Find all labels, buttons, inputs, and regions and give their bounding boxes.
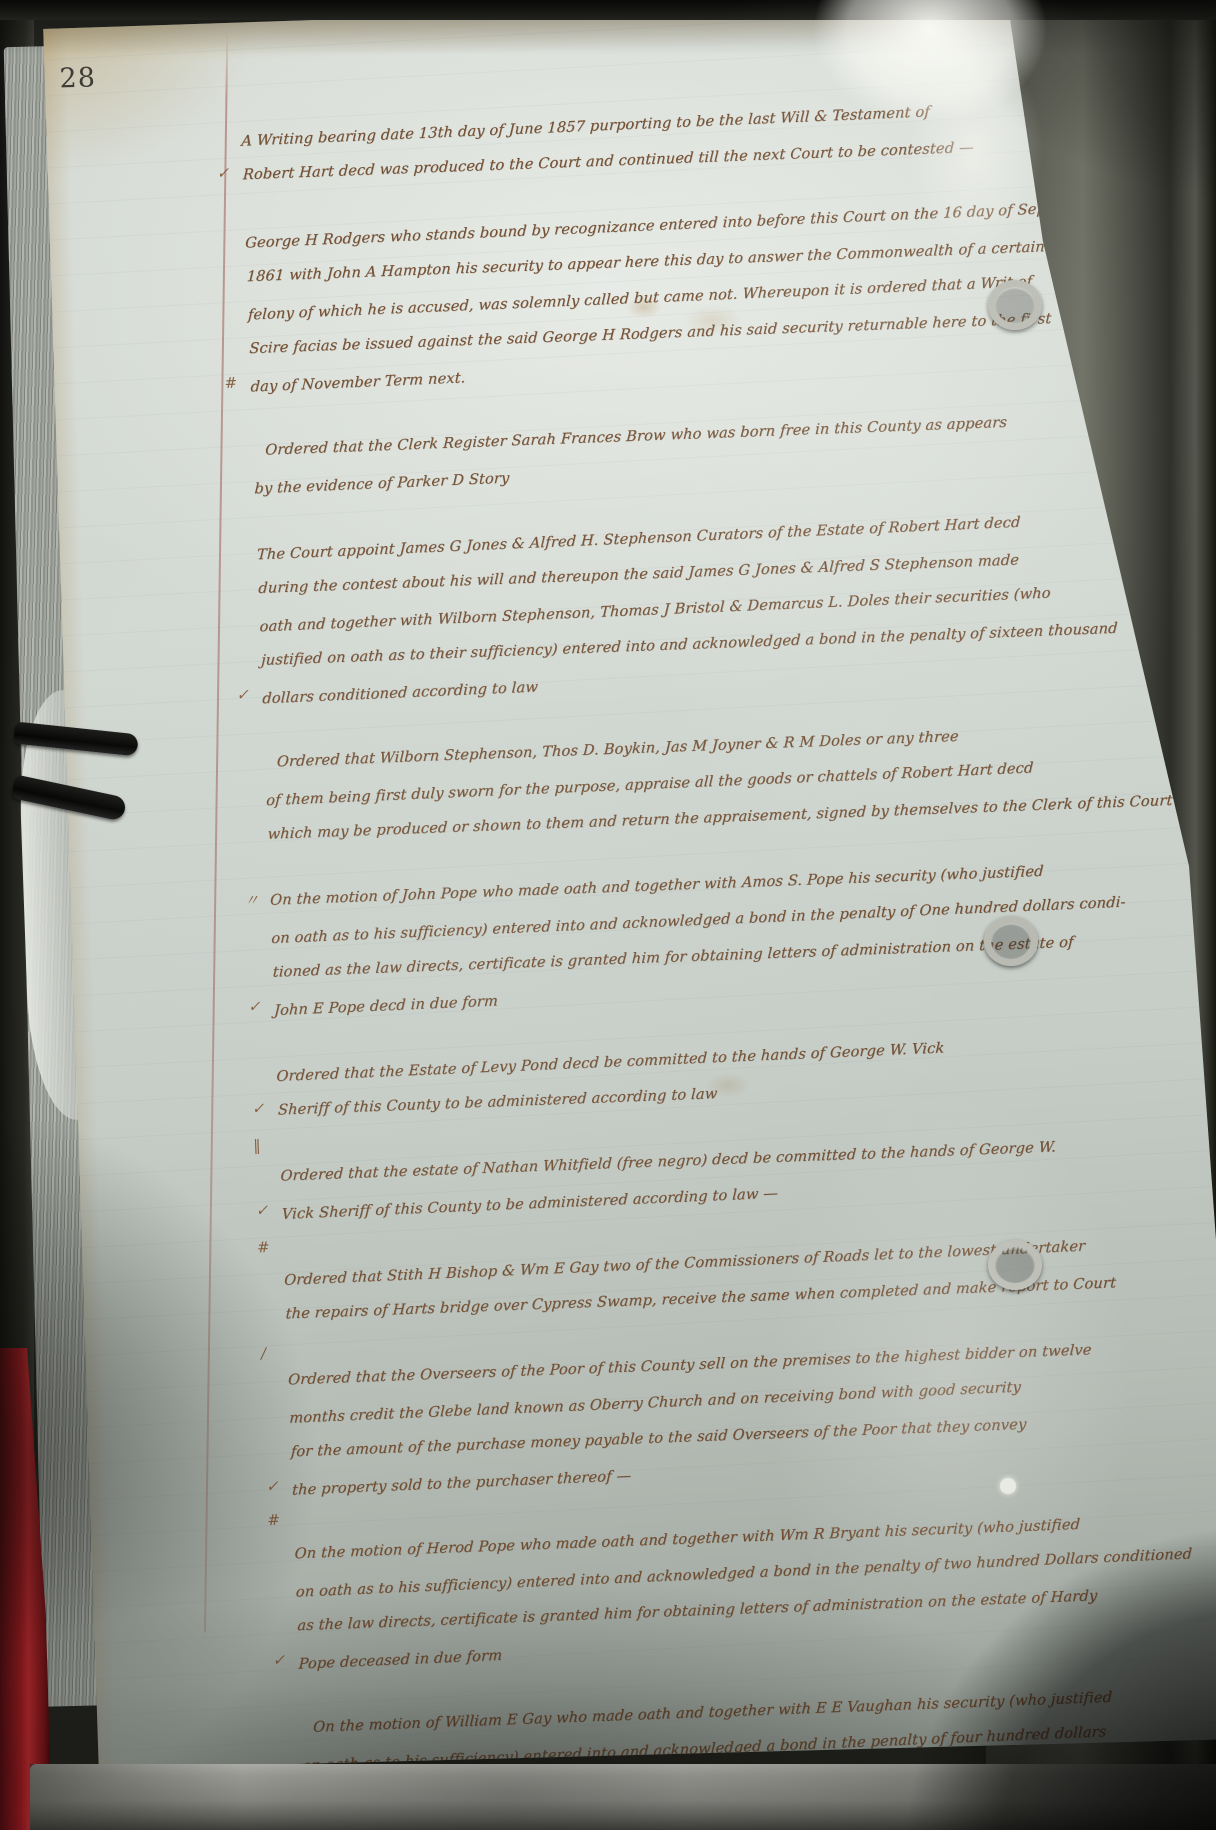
court-order-entry: #Ordered that Stith H Bishop & Wm E Gay …	[284, 1227, 1191, 1333]
court-order-entry: ✓Ordered that the Estate of Levy Pond de…	[276, 1023, 1183, 1129]
court-order-entry: ∕✓Ordered that the Overseers of the Poor…	[287, 1328, 1197, 1506]
court-order-entry: ✓A Writing bearing date 13th day of June…	[241, 87, 1148, 193]
margin-mark: ✓	[248, 997, 271, 1016]
entries: ✓A Writing bearing date 13th day of June…	[241, 87, 1209, 1812]
top-shadow-strip	[0, 0, 1216, 20]
court-order-entry: #✓On the motion of Herod Pope who made o…	[294, 1502, 1204, 1680]
margin-mark: ∕	[261, 1343, 284, 1362]
shelf-edge	[30, 1764, 1216, 1830]
court-order-entry: ‖✓Ordered that the estate of Nathan Whit…	[280, 1125, 1187, 1231]
court-order-entry: Ordered that Wilborn Stephenson, Thos D.…	[264, 711, 1172, 853]
margin-mark: #	[224, 373, 247, 392]
page-number: 28	[59, 62, 96, 94]
binder-ring-bottom	[988, 1240, 1042, 1290]
margin-mark: ✓	[252, 1099, 275, 1118]
red-margin-line	[204, 33, 228, 1633]
binder-ring-top	[988, 280, 1042, 330]
court-order-entry: ✓The Court appoint James G Jones & Alfre…	[256, 501, 1167, 715]
margin-mark: ✓	[255, 1201, 278, 1220]
margin-mark: ✓	[266, 1477, 289, 1496]
court-order-entry: Ordered that the Clerk Register Sarah Fr…	[253, 399, 1160, 505]
margin-mark: 〃	[244, 889, 267, 911]
margin-mark: ‖	[253, 1136, 276, 1155]
margin-mark: ✓	[236, 685, 259, 704]
archive-photo: 28 ✓A Writing bearing date 13th day of J…	[0, 0, 1216, 1830]
binder-ring-middle	[984, 916, 1038, 966]
court-order-entry: 〃✓On the motion of John Pope who made oa…	[269, 849, 1179, 1027]
record-book-page: 28 ✓A Writing bearing date 13th day of J…	[36, 0, 1216, 1771]
margin-mark: ✓	[216, 163, 239, 182]
margin-mark: #	[267, 1510, 290, 1529]
binder-rivet	[1000, 1478, 1016, 1494]
margin-mark: #	[257, 1238, 280, 1257]
margin-mark: ✓	[272, 1650, 295, 1669]
